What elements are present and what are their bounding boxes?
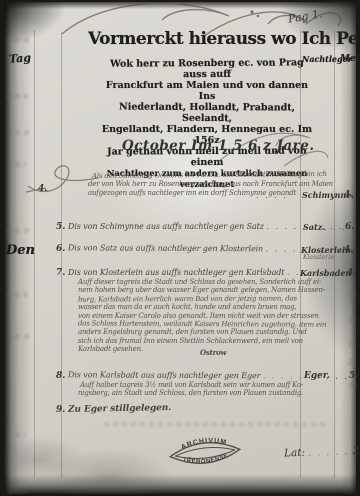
- page-total: Lat: . . . . . 23.: [284, 445, 360, 460]
- bleedthrough-number: 22: [348, 316, 357, 324]
- bleedthrough-number: 25: [348, 340, 357, 348]
- stamp-text-top: ARCHIVUM: [180, 436, 229, 452]
- entry-line: Dis von Karlsbadt aus auffs nachtleger g…: [68, 370, 260, 380]
- miles-value: 6.: [345, 222, 354, 232]
- lodging-gloss: Klassterze: [303, 254, 335, 261]
- column-header-day: Tag: [9, 51, 32, 65]
- bleedthrough-line: [104, 422, 329, 427]
- bleedthrough-number: 22: [348, 358, 357, 366]
- title-main: Vormerckt hierauss wo Ich Peter: [88, 29, 314, 49]
- entry-line: Dis von Klosterlein aus auffs nachtleger…: [68, 268, 284, 277]
- miles-value: 5.: [349, 371, 358, 381]
- bleedthrough-mark: [6, 162, 26, 167]
- entry-day: 7.: [56, 268, 65, 278]
- entry-day: 9.: [56, 405, 65, 415]
- note-line: anders Engelsburg genandt, den fursten v…: [78, 328, 302, 336]
- note-line: nem hohen berg uber das wasser Eger gena…: [78, 286, 302, 294]
- margin-note: Den: [6, 243, 35, 258]
- total-miles: 23.: [352, 445, 360, 458]
- entry-day: 4.: [38, 184, 47, 194]
- note-line: sich ich das frumal Inn einem Stettlin S…: [78, 337, 302, 345]
- dot-leader: . . . .: [256, 191, 288, 200]
- entry-text: Zu Eger stillgelegen.: [68, 403, 171, 415]
- bleedthrough-mark: [6, 130, 32, 135]
- note-line: Karlsbadt gesehen.: [78, 345, 302, 353]
- calligraphic-flourish-heading: [214, 122, 334, 170]
- place-gloss: Ostrow: [200, 349, 226, 357]
- miles-value: 4.: [344, 245, 353, 255]
- latus-label: Lat:: [284, 447, 305, 460]
- entry-note-block: Auff dieser tagreis die Stadt und Schlos…: [78, 278, 302, 354]
- note-line: nigsberg, ain Stadt und Schloss, den fur…: [78, 389, 303, 397]
- bleedthrough-mark: [6, 38, 30, 43]
- manuscript-photo: Pag 1. Tag Nachtleger Meil Vormerckt hie…: [0, 0, 360, 496]
- bleedthrough-number: 35: [348, 292, 357, 300]
- title-line: Wok herr zu Rosenberg ec. von Prag auss …: [100, 57, 314, 80]
- column-header-miles: Meil: [340, 54, 360, 64]
- entry-line: Dis von Satz aus auffs nachtleger gen Kl…: [68, 243, 263, 253]
- entry-line: Dis von Schimynne aus auffs nachtleger g…: [68, 222, 264, 231]
- entry-text: der von Wok herr zu Rosenberg von Prag a…: [88, 180, 333, 188]
- archive-stamp: ARCHIVUM TŘEBONENSE: [165, 427, 245, 479]
- note-line: wasser das man da er auch kocht, hunde u…: [78, 303, 302, 311]
- lodging-place: Satz.: [303, 222, 325, 232]
- miles-value: 4.: [344, 190, 353, 200]
- bleedthrough-mark: [6, 432, 26, 437]
- entry-day: 8.: [56, 371, 65, 381]
- entry-day: 6.: [56, 244, 65, 254]
- note-line: burg, Karlsbadt ein herrlich warm Bad vo…: [78, 294, 302, 304]
- svg-text:ARCHIVUM: ARCHIVUM: [180, 436, 229, 452]
- note-line: das Schloss Hartenstein, weilandt Kaiser…: [78, 319, 302, 329]
- bleedthrough-mark: [6, 292, 28, 297]
- miles-value: 4.: [347, 268, 356, 278]
- title-line: Franckfurt am Maien und von dannen Ins: [100, 80, 314, 102]
- bleedthrough-number: 30: [348, 382, 357, 390]
- bleedthrough-mark: [6, 94, 28, 99]
- manuscript-page: Pag 1. Tag Nachtleger Meil Vormerckt hie…: [4, 2, 356, 494]
- bleedthrough-mark: [6, 334, 30, 339]
- bleedthrough-mark: [6, 228, 30, 233]
- note-line: Auff dieser tagreis die Stadt und Schlos…: [78, 278, 302, 286]
- entry-day: 5.: [56, 222, 65, 232]
- dot-leader: . . . . .: [308, 447, 349, 457]
